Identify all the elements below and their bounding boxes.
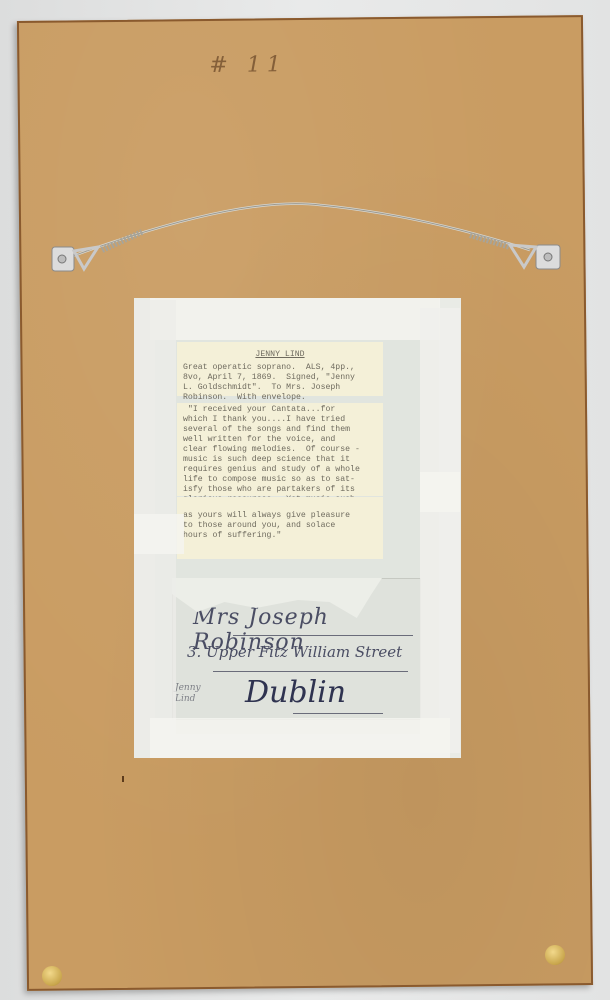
d-ring-hanger-right-icon <box>510 245 560 269</box>
pencil-inventory-mark: # 11 <box>209 52 287 78</box>
bumper-foot-left <box>42 966 62 986</box>
envelope-city: Dublin <box>245 675 346 710</box>
tape-mid-right <box>420 472 460 512</box>
bumper-foot-right <box>545 945 565 965</box>
quote-label-1: "I received your Cantata...for which I t… <box>177 403 383 496</box>
tape-mid-left <box>134 514 184 554</box>
underline <box>233 635 413 636</box>
envelope-pencil-note: Jenny Lind <box>175 683 205 705</box>
underline <box>293 713 383 714</box>
description-label: JENNY LINDGreat operatic soprano. ALS, 4… <box>177 342 383 396</box>
label-description: Great operatic soprano. ALS, 4pp., 8vo, … <box>183 363 355 402</box>
hanging-wire <box>40 195 580 295</box>
quote-label-2: as yours will always give pleasure to th… <box>177 497 383 559</box>
label-title: JENNY LIND <box>183 350 377 360</box>
envelope-street: 3. Upper Fitz William Street <box>187 643 402 661</box>
tape-right <box>420 308 460 753</box>
board-mark <box>122 776 124 782</box>
underline <box>213 671 408 672</box>
tape-top <box>150 298 440 340</box>
tape-bottom <box>150 718 450 758</box>
